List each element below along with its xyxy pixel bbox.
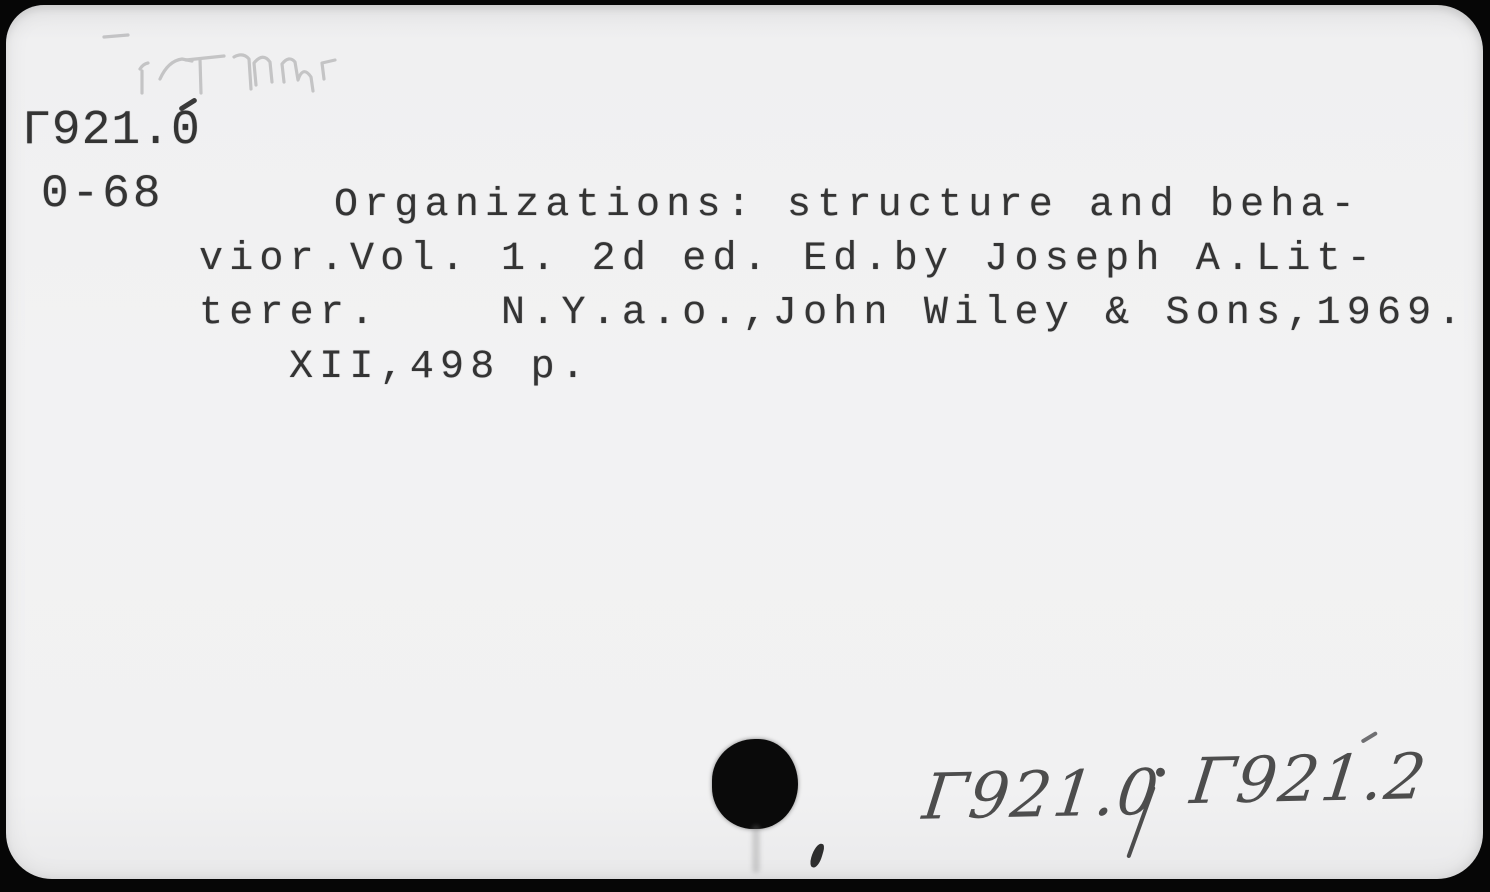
bib-line-edition: vior.Vol. 1. 2d ed. Ed.by Joseph A.Lit- [199, 237, 1377, 282]
library-catalog-card: Γ921.0 0-68 Organizations: structure and… [6, 5, 1483, 879]
pencil-tick-mark [809, 842, 826, 869]
handwritten-call-numbers: Γ921.0 Γ921.2 [923, 745, 1466, 892]
bib-line-imprint: terer. N.Y.a.o.,John Wiley & Sons,1969. [199, 291, 1468, 336]
punch-hole-dot [712, 739, 798, 829]
pencil-scribble [96, 27, 356, 102]
cutter-number: 0-68 [41, 168, 163, 220]
handwritten-number-2: Γ921.2 [1187, 740, 1432, 818]
handwritten-number-1: Γ921.0 [919, 756, 1164, 834]
call-number: Γ921.0 [22, 104, 201, 158]
bib-line-collation: XII,498 p. [289, 345, 591, 390]
scanned-card-photo: Γ921.0 0-68 Organizations: structure and… [0, 0, 1490, 892]
handwritten-semicolon-dot [1156, 768, 1165, 777]
bib-line-title: Organizations: structure and beha- [334, 183, 1361, 228]
